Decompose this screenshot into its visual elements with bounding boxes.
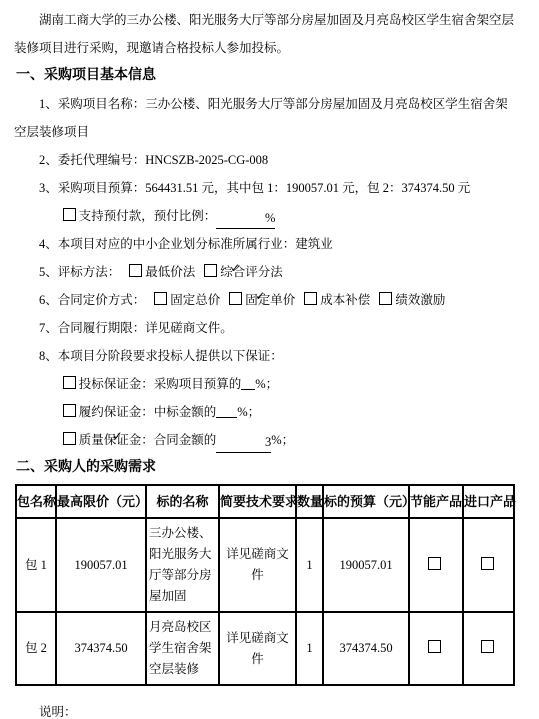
note-label: 说明： <box>14 698 525 719</box>
col-quantity: 数量 <box>296 485 323 518</box>
package2-imported-checkbox <box>481 640 494 653</box>
comprehensive-scoring-checkbox-checked <box>204 264 217 277</box>
item-evaluation-method: 5、评标方法：最低价法综合评分法 <box>14 258 525 286</box>
section2-heading: 二、采购人的采购需求 <box>14 454 525 482</box>
package2-qty: 1 <box>296 612 323 685</box>
col-energy-saving: 节能产品 <box>409 485 463 518</box>
evaluation-method-label: 5、评标方法： <box>39 265 120 279</box>
requirements-table: 包名称 最高限价（元） 标的名称 简要技术要求 数量 标的预算（元） 节能产品 … <box>15 484 515 686</box>
performance-deposit-line: 履约保证金：中标金额的%； <box>14 398 525 426</box>
table-header-row: 包名称 最高限价（元） 标的名称 简要技术要求 数量 标的预算（元） 节能产品 … <box>16 485 514 518</box>
item-contract-period: 7、合同履行期限：详见磋商文件。 <box>14 314 525 342</box>
bid-deposit-label: 投标保证金：采购项目预算的 <box>79 377 242 391</box>
col-max-price: 最高限价（元） <box>56 485 146 518</box>
item-industry: 4、本项目对应的中小企业划分标准所属行业：建筑业 <box>14 230 525 258</box>
package2-name: 包 2 <box>16 612 56 685</box>
quality-deposit-suffix: %； <box>271 433 294 447</box>
intro-paragraph: 湖南工商大学的三办公楼、阳光服务大厅等部分房屋加固及月亮岛校区学生宿舍架空层 装… <box>14 6 525 62</box>
item-contract-pricing: 6、合同定价方式：固定总价固定单价成本补偿绩效激励 <box>14 286 525 314</box>
performance-deposit-suffix: %； <box>237 405 260 419</box>
section1-heading: 一、采购项目基本信息 <box>14 62 525 90</box>
package2-energy-saving-checkbox <box>428 640 441 653</box>
option-performance-incentive: 绩效激励 <box>379 293 445 307</box>
quality-deposit-checkbox-checked <box>63 432 76 445</box>
prepay-percent-blank: % <box>216 211 275 229</box>
item-project-name: 1、采购项目名称：三办公楼、阳光服务大厅等部分房屋加固及月亮岛校区学生宿舍架 空… <box>14 90 525 146</box>
contract-pricing-label: 6、合同定价方式： <box>39 293 145 307</box>
option-fixed-unit: 固定单价 <box>229 293 295 307</box>
performance-deposit-blank <box>216 400 237 418</box>
package1-imported-cell <box>463 518 514 612</box>
cost-compensation-checkbox <box>304 292 317 305</box>
prepay-line: 支持预付款，预付比例：% <box>14 202 525 230</box>
package1-energy-saving-checkbox <box>428 557 441 570</box>
package2-budget: 374374.50 <box>323 612 409 685</box>
option-comprehensive-scoring: 综合评分法 <box>204 265 283 279</box>
prepay-label: 支持预付款，预付比例： <box>79 209 217 223</box>
package1-imported-checkbox <box>481 557 494 570</box>
package1-qty: 1 <box>296 518 323 612</box>
table-row-package2: 包 2 374374.50 月亮岛校区学生宿舍架空层装修 详见磋商文件 1 37… <box>16 612 514 685</box>
performance-deposit-label: 履约保证金：中标金额的 <box>79 405 217 419</box>
fixed-unit-checkbox-checked <box>229 292 242 305</box>
item-agency-code: 2、委托代理编号：HNCSZB-2025-CG-008 <box>14 146 525 174</box>
package1-energy-saving-cell <box>409 518 463 612</box>
prepay-checkbox <box>63 208 76 221</box>
package2-max-price: 374374.50 <box>56 612 146 685</box>
package1-subject: 三办公楼、阳光服务大厅等部分房屋加固 <box>146 518 219 612</box>
col-tech-requirements: 简要技术要求 <box>219 485 296 518</box>
col-imported: 进口产品 <box>463 485 514 518</box>
quality-deposit-line: 质量保证金：合同金额的3%； <box>14 426 525 454</box>
performance-incentive-checkbox <box>379 292 392 305</box>
package2-imported-cell <box>463 612 514 685</box>
bid-deposit-line: 投标保证金：采购项目预算的%； <box>14 370 525 398</box>
fixed-total-checkbox <box>154 292 167 305</box>
procurement-document: 湖南工商大学的三办公楼、阳光服务大厅等部分房屋加固及月亮岛校区学生宿舍架空层 装… <box>14 6 525 719</box>
quality-deposit-blank: 3 <box>216 435 271 453</box>
item-budget: 3、采购项目预算：564431.51 元，其中包 1：190057.01 元，包… <box>14 174 525 202</box>
package1-budget: 190057.01 <box>323 518 409 612</box>
option-fixed-total: 固定总价 <box>154 293 220 307</box>
package2-tech: 详见磋商文件 <box>219 612 296 685</box>
performance-deposit-checkbox <box>63 404 76 417</box>
option-lowest-price: 最低价法 <box>129 265 195 279</box>
package2-energy-saving-cell <box>409 612 463 685</box>
col-subject-name: 标的名称 <box>146 485 219 518</box>
package1-name: 包 1 <box>16 518 56 612</box>
bid-deposit-checkbox <box>63 376 76 389</box>
bid-deposit-suffix: %； <box>255 377 278 391</box>
lowest-price-checkbox <box>129 264 142 277</box>
option-cost-compensation: 成本补偿 <box>304 293 370 307</box>
col-package-name: 包名称 <box>16 485 56 518</box>
col-subject-budget: 标的预算（元） <box>323 485 409 518</box>
bid-deposit-blank <box>241 372 255 390</box>
package2-subject: 月亮岛校区学生宿舍架空层装修 <box>146 612 219 685</box>
item-guarantees-label: 8、本项目分阶段要求投标人提供以下保证： <box>14 342 525 370</box>
package1-max-price: 190057.01 <box>56 518 146 612</box>
table-row-package1: 包 1 190057.01 三办公楼、阳光服务大厅等部分房屋加固 详见磋商文件 … <box>16 518 514 612</box>
package1-tech: 详见磋商文件 <box>219 518 296 612</box>
